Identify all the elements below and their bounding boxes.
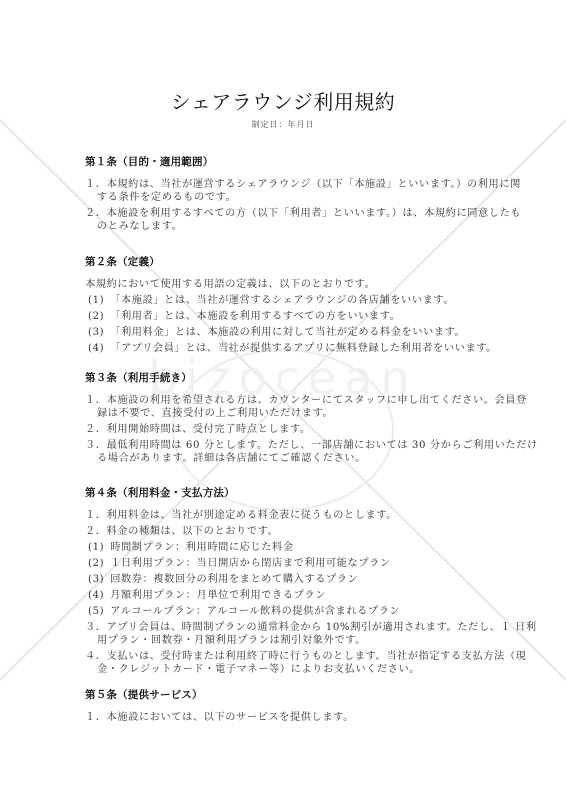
item-text: 利用料金は、当社が別途定める料金表に従うものとします。 xyxy=(107,510,397,521)
item-number: １． xyxy=(85,711,107,724)
item-number: １． xyxy=(85,509,107,522)
plan-item: (4)月額利用プラン：月単位で利用できるプラン xyxy=(88,589,500,602)
list-item: ２．利用開始時間は、受付完了時点とします。 xyxy=(85,423,500,436)
item-number: １． xyxy=(85,178,107,191)
document-title: シェアラウンジ利用規約 xyxy=(0,86,566,115)
item-text-continued: のとみなします。 xyxy=(85,220,500,233)
list-item: ３．最低利用時間は 60 分とします。ただし、一部店舗においては 30 分からご… xyxy=(85,439,500,465)
item-number: (5) xyxy=(88,605,104,618)
item-number: (3) xyxy=(88,326,104,339)
plan-item: (1)時間制プラン：利用時間に応じた料金 xyxy=(88,541,500,554)
item-text: １日利用プラン：当日開店から閉店まで利用可能なプラン xyxy=(110,558,390,569)
list-item: １．本施設の利用を希望される方は、カウンターにてスタッフに申し出てください。会員… xyxy=(85,394,500,420)
article-heading: 第４条（利用料金・支払方法） xyxy=(85,486,500,500)
item-text: 最低利用時間は 60 分とします。ただし、一部店舗においては 30 分からご利用… xyxy=(107,440,538,451)
article-heading: 第２条（定義） xyxy=(85,255,500,269)
item-number: ２． xyxy=(85,207,107,220)
item-text: 月額利用プラン：月単位で利用できるプラン xyxy=(110,590,326,601)
item-text: 回数券：複数回分の利用をまとめて購入するプラン xyxy=(110,574,358,585)
plan-item: (5)アルコールプラン：アルコール飲料の提供が含まれるプラン xyxy=(88,605,500,618)
item-text: 料金の種類は、以下のとおりです。 xyxy=(107,526,279,537)
article-intro: 本規約において使用する用語の定義は、以下のとおりです。 xyxy=(85,278,500,291)
item-number: (1) xyxy=(88,541,104,554)
item-text-continued: 録は不要で、直接受付の上ご利用いただけます。 xyxy=(85,407,500,420)
item-text: 本施設を利用するすべての方（以下「利用者」といいます。）は、本規約に同意したも xyxy=(107,208,522,219)
item-number: (2) xyxy=(88,557,104,570)
list-item: １．本施設においては、以下のサービスを提供します。 xyxy=(85,711,500,724)
article-4: 第４条（利用料金・支払方法） １．利用料金は、当社が別途定める料金表に従うものと… xyxy=(85,486,500,679)
article-2: 第２条（定義） 本規約において使用する用語の定義は、以下のとおりです。 (1)「… xyxy=(85,255,500,358)
item-text: 時間制プラン：利用時間に応じた料金 xyxy=(110,542,293,553)
item-text-continued: る場合があります。詳細は各店舗にてご確認ください。 xyxy=(85,452,500,465)
item-number: (4) xyxy=(88,589,104,602)
document-page: シェアラウンジ利用規約 制定日：年月日 第１条（目的・適用範囲） １．本規約は、… xyxy=(0,0,566,800)
item-text: アルコールプラン：アルコール飲料の提供が含まれるプラン xyxy=(110,606,400,617)
item-text: 本規約は、当社が運営するシェアラウンジ（以下「本施設」といいます。）の利用に関 xyxy=(107,179,521,190)
article-3: 第３条（利用手続き） １．本施設の利用を希望される方は、カウンターにてスタッフに… xyxy=(85,371,500,468)
item-text-continued: 用プラン・回数券・月額利用プランは割引対象外です。 xyxy=(85,634,500,647)
plan-item: (2)１日利用プラン：当日開店から閉店まで利用可能なプラン xyxy=(88,557,500,570)
article-5: 第５条（提供サービス） １．本施設においては、以下のサービスを提供します。 xyxy=(85,688,500,727)
definition-item: (1)「本施設」とは、当社が運営するシェアラウンジの各店舗をいいます。 xyxy=(88,294,500,307)
item-number: ３． xyxy=(85,621,107,634)
plan-item: (3)回数券：複数回分の利用をまとめて購入するプラン xyxy=(88,573,500,586)
item-number: ４． xyxy=(85,650,107,663)
enactment-date: 制定日：年月日 xyxy=(0,119,566,130)
item-text: 本施設の利用を希望される方は、カウンターにてスタッフに申し出てください。会員登 xyxy=(107,395,527,406)
item-text: 「利用料金」とは、本施設の利用に対して当社が定める料金をいいます。 xyxy=(110,327,465,338)
item-text: 支払いは、受付時または利用終了時に行うものとします。当社が指定する支払方法（現 xyxy=(107,651,527,662)
article-1: 第１条（目的・適用範囲） １．本規約は、当社が運営するシェアラウンジ（以下「本施… xyxy=(85,155,500,236)
item-number: (3) xyxy=(88,573,104,586)
item-number: １． xyxy=(85,394,107,407)
article-heading: 第１条（目的・適用範囲） xyxy=(85,155,500,169)
list-item: ２．料金の種類は、以下のとおりです。 xyxy=(85,525,500,538)
list-item: １．本規約は、当社が運営するシェアラウンジ（以下「本施設」といいます。）の利用に… xyxy=(85,178,500,204)
item-text: 本施設においては、以下のサービスを提供します。 xyxy=(107,712,354,723)
list-item: ３．アプリ会員は、時間制プランの通常料金から 10%割引が適用されます。ただし、… xyxy=(85,621,500,647)
item-text: 利用開始時間は、受付完了時点とします。 xyxy=(107,424,311,435)
item-text-continued: する条件を定めるものです。 xyxy=(85,191,500,204)
item-text: アプリ会員は、時間制プランの通常料金から 10%割引が適用されます。ただし、１ … xyxy=(107,622,537,633)
item-number: (2) xyxy=(88,310,104,323)
item-number: ２． xyxy=(85,423,107,436)
item-number: (1) xyxy=(88,294,104,307)
item-text: 「本施設」とは、当社が運営するシェアラウンジの各店舗をいいます。 xyxy=(110,295,454,306)
list-item: ２．本施設を利用するすべての方（以下「利用者」といいます。）は、本規約に同意した… xyxy=(85,207,500,233)
item-number: ２． xyxy=(85,525,107,538)
list-item: １．利用料金は、当社が別途定める料金表に従うものとします。 xyxy=(85,509,500,522)
item-text: 「利用者」とは、本施設を利用するすべての方をいいます。 xyxy=(110,311,400,322)
item-number: (4) xyxy=(88,342,104,355)
definition-item: (4)「アプリ会員」とは、当社が提供するアプリに無料登録した利用者をいいます。 xyxy=(88,342,500,355)
item-text: 「アプリ会員」とは、当社が提供するアプリに無料登録した利用者をいいます。 xyxy=(110,343,497,354)
article-heading: 第３条（利用手続き） xyxy=(85,371,500,385)
list-item: ４．支払いは、受付時または利用終了時に行うものとします。当社が指定する支払方法（… xyxy=(85,650,500,676)
definition-item: (3)「利用料金」とは、本施設の利用に対して当社が定める料金をいいます。 xyxy=(88,326,500,339)
item-number: ３． xyxy=(85,439,107,452)
definition-item: (2)「利用者」とは、本施設を利用するすべての方をいいます。 xyxy=(88,310,500,323)
article-heading: 第５条（提供サービス） xyxy=(85,688,500,702)
item-text-continued: 金・クレジットカード・電子マネー等）によりお支払いください。 xyxy=(85,663,500,676)
